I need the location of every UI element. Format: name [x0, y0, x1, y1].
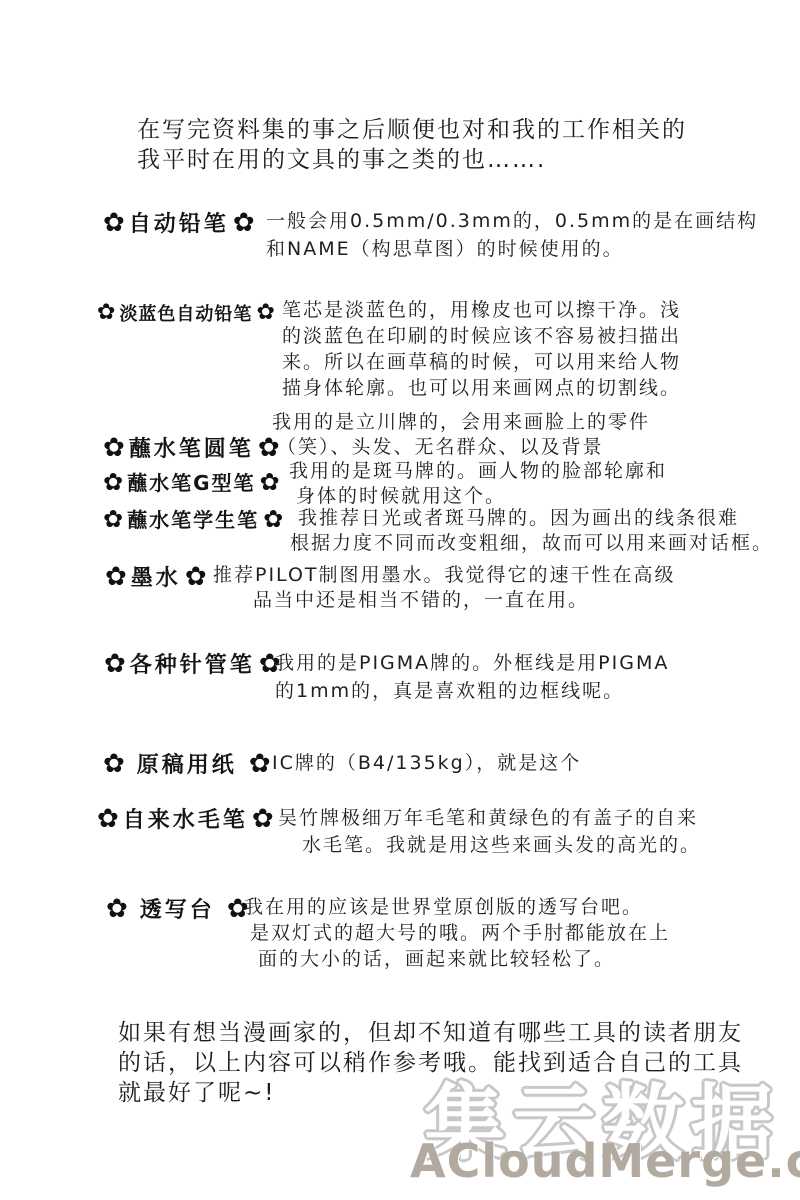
- description-line: 推荐PILOT制图用墨水。我觉得它的速干性在高级: [213, 563, 676, 588]
- flower-icon: ✿: [104, 651, 126, 677]
- item-description: 我用的是斑马牌的。画人物的脸部轮廓和 身体的时候就用这个。: [289, 459, 667, 509]
- item-title: 自来水毛笔: [123, 803, 248, 834]
- flower-icon: ✿: [103, 507, 123, 531]
- flower-icon: ✿: [103, 470, 123, 494]
- footer-line: 如果有想当漫画家的，但却不知道有哪些工具的读者朋友: [118, 1018, 743, 1048]
- item-title: 透写台: [140, 893, 215, 924]
- description-line: 我推荐日光或者斑马牌的。因为画出的线条很难: [298, 506, 773, 531]
- flower-icon: ✿: [103, 435, 125, 461]
- description-line: 我在用的应该是世界堂原创版的透写台吧。: [244, 894, 670, 920]
- item-description: 推荐PILOT制图用墨水。我觉得它的速干性在高级 品当中还是相当不错的，一直在用…: [213, 563, 676, 613]
- intro-line: 我平时在用的文具的事之类的也…….: [137, 145, 687, 175]
- flower-icon: ✿: [252, 806, 274, 832]
- flower-icon: ✿: [103, 210, 125, 236]
- flower-icon: ✿: [249, 751, 271, 777]
- item-title: 原稿用纸: [137, 748, 237, 779]
- description-line: 来。所以在画草稿的时候，可以用来给人物: [282, 349, 681, 375]
- footer-paragraph: 如果有想当漫画家的，但却不知道有哪些工具的读者朋友 的话，以上内容可以稍作参考哦…: [118, 1018, 743, 1108]
- item-title: 自动铅笔: [129, 207, 229, 238]
- description-line: 笔芯是淡蓝色的，用橡皮也可以擦干净。浅: [282, 297, 681, 323]
- description-line: 和NAME（构思草图）的时候使用的。: [266, 235, 758, 263]
- description-line: 水毛笔。我就是用这些来画头发的高光的。: [302, 832, 701, 859]
- intro-line: 在写完资料集的事之后顺便也对和我的工作相关的: [137, 115, 687, 145]
- flower-icon: ✿: [105, 564, 127, 590]
- item-label: ✿ 蘸水笔G型笔 ✿: [103, 467, 280, 496]
- item-title: 蘸水笔G型笔: [127, 467, 255, 496]
- item-label: ✿ 淡蓝色自动铅笔 ✿: [97, 300, 275, 326]
- item-label: ✿ 原稿用纸 ✿: [103, 748, 271, 779]
- footer-line: 就最好了呢~!: [118, 1078, 743, 1108]
- description-line: 一般会用0.5mm/0.3mm的，0.5mm的是在画结构: [266, 207, 758, 235]
- item-title: 各种针管笔: [130, 648, 255, 679]
- flower-icon: ✿: [233, 210, 255, 236]
- description-line: 面的大小的话，画起来就比较轻松了。: [258, 946, 670, 972]
- description-line: 的淡蓝色在印刷的时候应该不容易被扫描出: [282, 323, 681, 349]
- flower-icon: ✿: [103, 751, 125, 777]
- description-line: 我用的是PIGMA牌的。外框线是用PIGMA: [275, 649, 669, 677]
- description-line: 的1mm的，真是喜欢粗的边框线呢。: [275, 677, 669, 705]
- item-title: 蘸水笔圆笔: [129, 432, 254, 463]
- item-label: ✿ 自来水毛笔 ✿: [97, 803, 274, 834]
- item-description: IC牌的（B4/135kg），就是这个: [272, 750, 581, 777]
- flower-icon: ✿: [106, 896, 128, 922]
- description-line: 吴竹牌极细万年毛笔和黄绿色的有盖子的自来: [278, 805, 701, 832]
- item-label: ✿ 透写台 ✿: [106, 893, 249, 924]
- manga-tools-page: 在写完资料集的事之后顺便也对和我的工作相关的 我平时在用的文具的事之类的也…….…: [0, 0, 800, 1200]
- description-line: 是双灯式的超大号的哦。两个手肘都能放在上: [250, 920, 670, 946]
- flower-icon: ✿: [97, 806, 119, 832]
- description-line: IC牌的（B4/135kg），就是这个: [272, 750, 581, 777]
- item-label: ✿ 蘸水笔学生笔 ✿: [103, 504, 283, 533]
- description-line: 我用的是立川牌的，会用来画脸上的零件: [272, 410, 650, 435]
- description-line: 根据力度不同而改变粗细，故而可以用来画对话框。: [290, 531, 773, 556]
- item-label: ✿ 墨水 ✿: [105, 561, 207, 592]
- description-line: （笑）、头发、无名群众、以及背景: [277, 435, 650, 460]
- description-line: 描身体轮廓。也可以用来画网点的切割线。: [282, 375, 681, 401]
- item-label: ✿ 蘸水笔圆笔 ✿: [103, 432, 280, 463]
- item-label: ✿ 各种针管笔 ✿: [104, 648, 281, 679]
- item-description: 吴竹牌极细万年毛笔和黄绿色的有盖子的自来 水毛笔。我就是用这些来画头发的高光的。: [278, 805, 701, 859]
- item-label: ✿ 自动铅笔 ✿: [103, 207, 255, 238]
- item-description: 我在用的应该是世界堂原创版的透写台吧。 是双灯式的超大号的哦。两个手肘都能放在上…: [244, 894, 670, 972]
- item-title: 蘸水笔学生笔: [127, 504, 259, 533]
- flower-icon: ✿: [256, 302, 274, 324]
- footer-line: 的话，以上内容可以稍作参考哦。能找到适合自己的工具: [118, 1048, 743, 1078]
- flower-icon: ✿: [260, 470, 280, 494]
- item-description: 我推荐日光或者斑马牌的。因为画出的线条很难 根据力度不同而改变粗细，故而可以用来…: [298, 506, 773, 556]
- item-description: 我用的是立川牌的，会用来画脸上的零件 （笑）、头发、无名群众、以及背景: [272, 410, 650, 460]
- flower-icon: ✿: [97, 302, 115, 324]
- description-line: 我用的是斑马牌的。画人物的脸部轮廓和: [289, 459, 667, 484]
- flower-icon: ✿: [185, 564, 207, 590]
- item-description: 笔芯是淡蓝色的，用橡皮也可以擦干净。浅 的淡蓝色在印刷的时候应该不容易被扫描出 …: [282, 297, 681, 401]
- flower-icon: ✿: [263, 507, 283, 531]
- item-description: 我用的是PIGMA牌的。外框线是用PIGMA 的1mm的，真是喜欢粗的边框线呢。: [275, 649, 669, 705]
- intro-paragraph: 在写完资料集的事之后顺便也对和我的工作相关的 我平时在用的文具的事之类的也…….: [137, 115, 687, 175]
- item-title: 墨水: [131, 561, 181, 592]
- item-description: 一般会用0.5mm/0.3mm的，0.5mm的是在画结构 和NAME（构思草图）…: [266, 207, 758, 263]
- item-title: 淡蓝色自动铅笔: [119, 300, 252, 326]
- description-line: 品当中还是相当不错的，一直在用。: [253, 588, 676, 613]
- watermark-site-url: ACloudMerge.com: [410, 1134, 800, 1188]
